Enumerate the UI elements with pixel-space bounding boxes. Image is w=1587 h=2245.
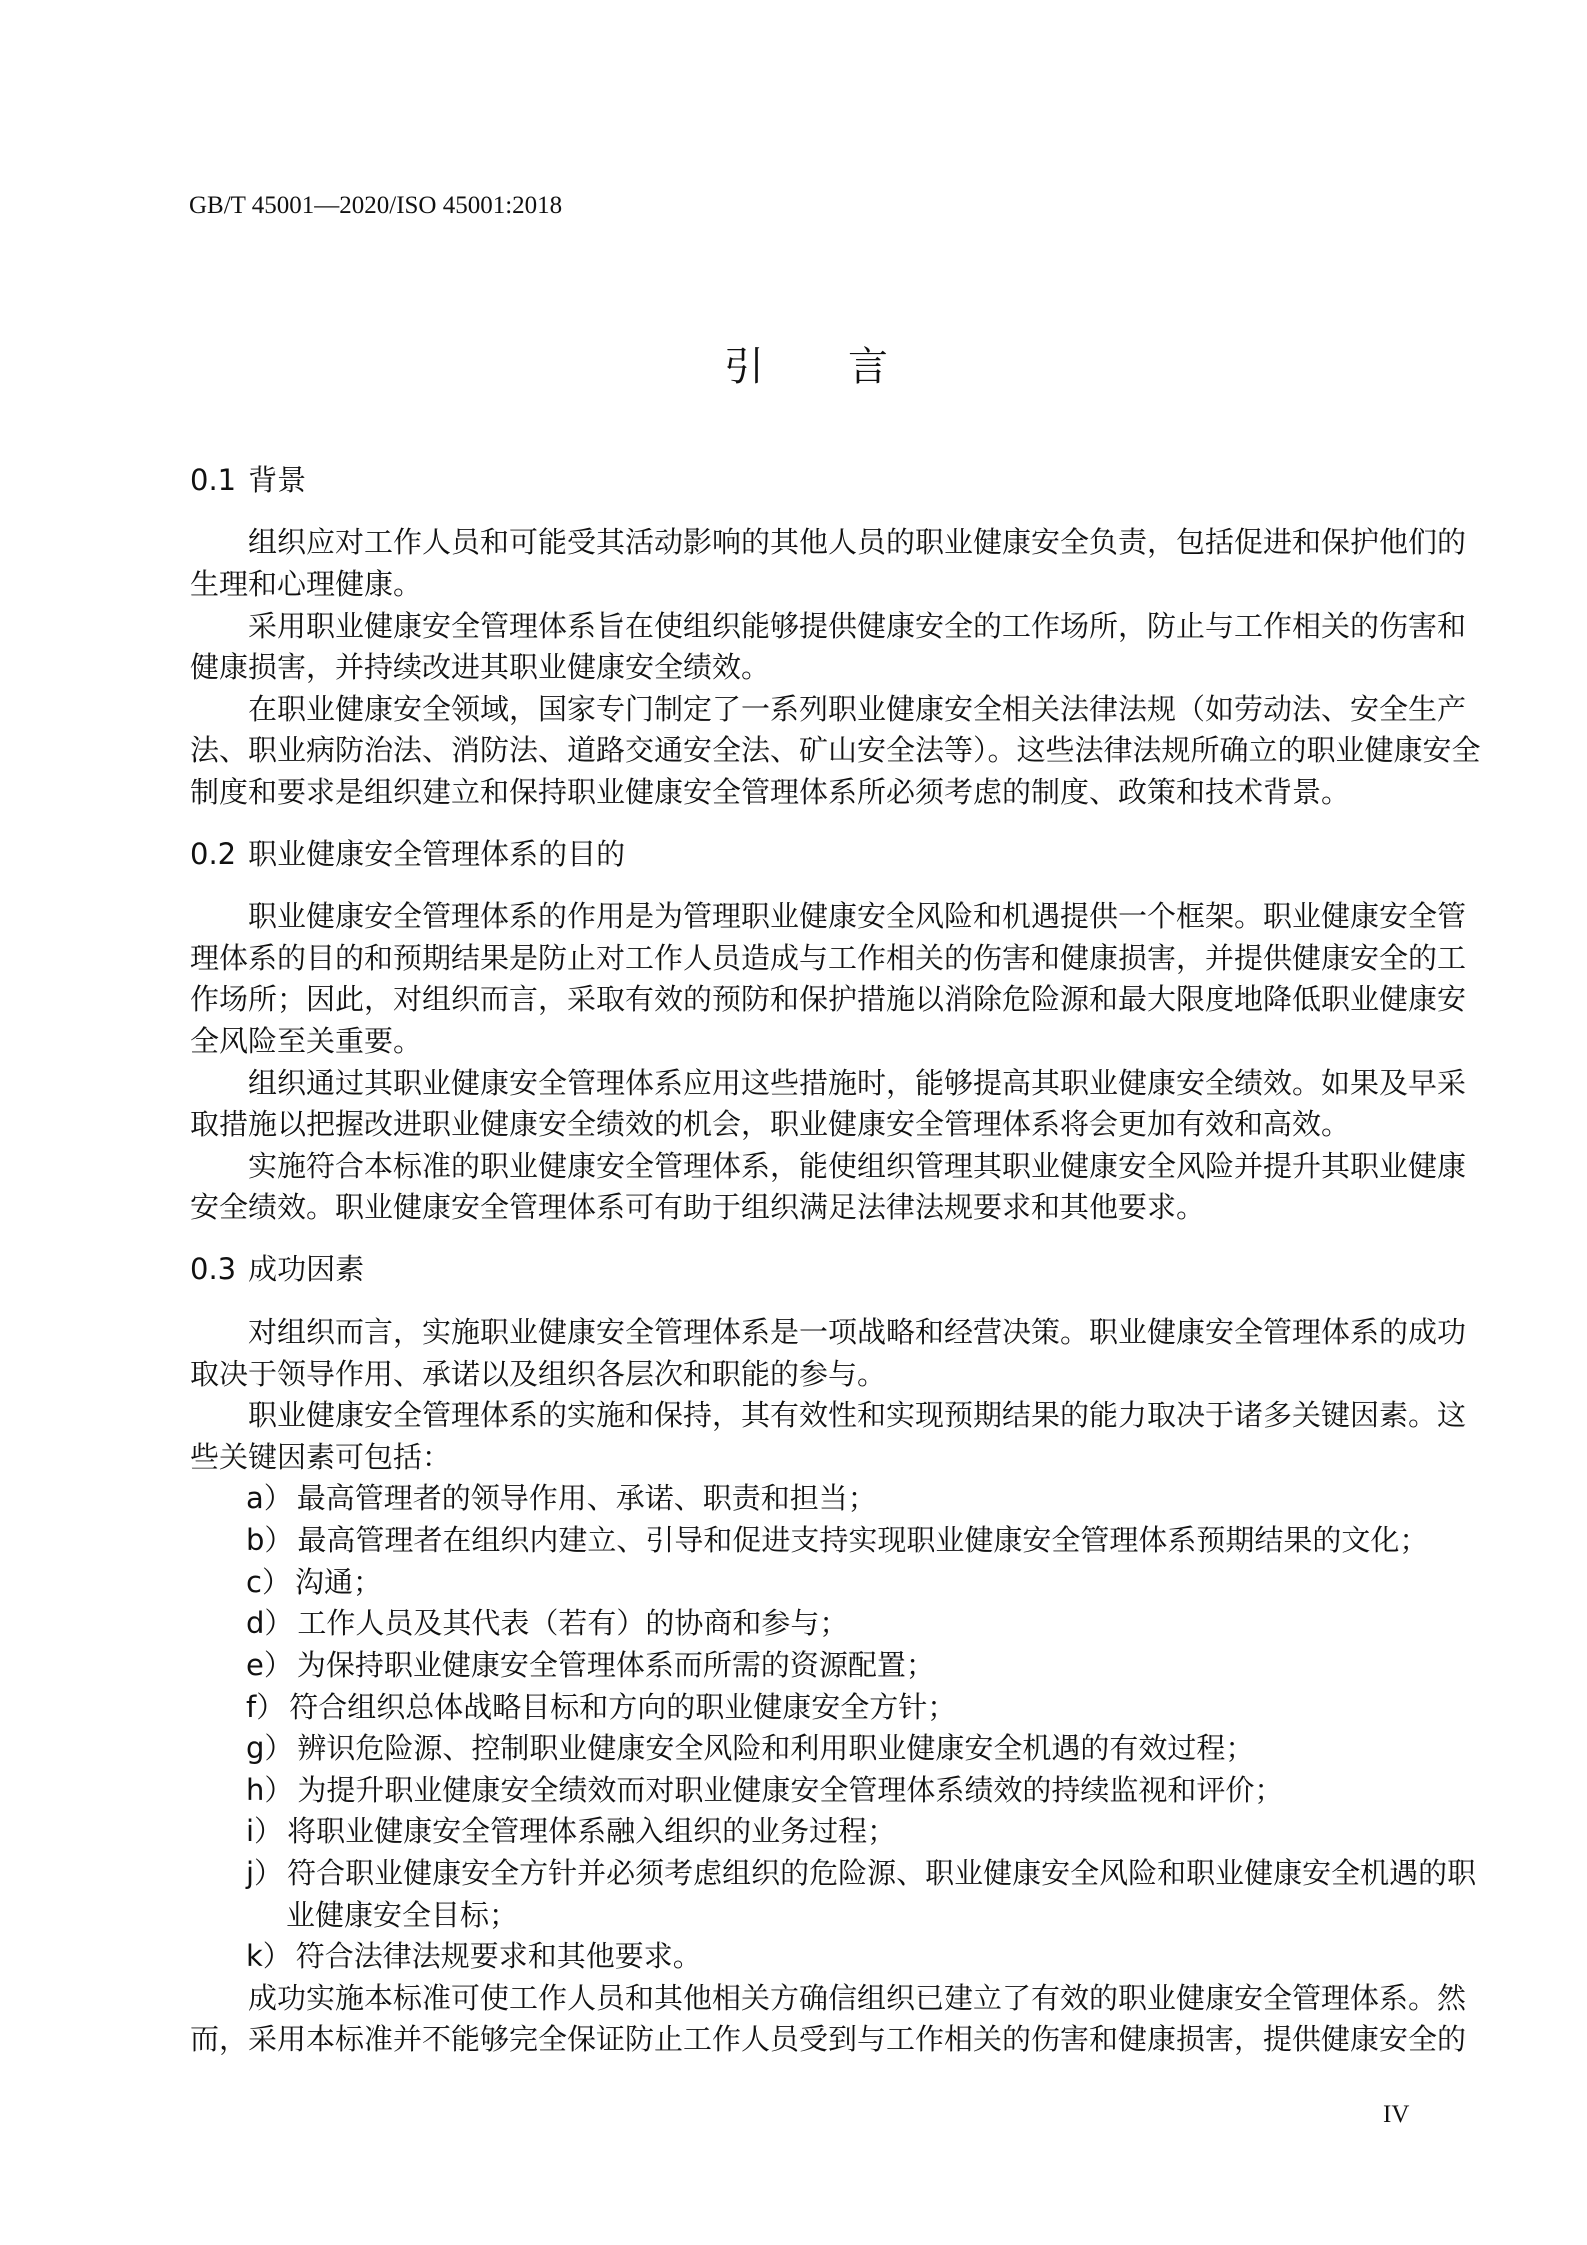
paragraph-line: 组织通过其职业健康安全管理体系应用这些措施时，能够提高其职业健康安全绩效。如果及… xyxy=(248,1065,1420,1101)
paragraph-line: 而，采用本标准并不能够完全保证防止工作人员受到与工作相关的伤害和健康损害，提供健… xyxy=(190,2021,1420,2057)
section-title: 职业健康安全管理体系的目的 xyxy=(248,837,625,871)
list-item-e: e）为保持职业健康安全管理体系而所需的资源配置； xyxy=(246,1647,1420,1683)
paragraph-line: 理体系的目的和预期结果是防止对工作人员造成与工作相关的伤害和健康损害，并提供健康… xyxy=(190,940,1420,976)
paragraph-line: 成功实施本标准可使工作人员和其他相关方确信组织已建立了有效的职业健康安全管理体系… xyxy=(248,1980,1420,2016)
list-text: 为保持职业健康安全管理体系而所需的资源配置； xyxy=(297,1648,935,1682)
paragraph-line: 作场所；因此，对组织而言，采取有效的预防和保护措施以消除危险源和最大限度地降低职… xyxy=(190,981,1420,1017)
section-number: 0.1 xyxy=(190,462,236,498)
list-item-f: f）符合组织总体战略目标和方向的职业健康安全方针； xyxy=(246,1689,1420,1725)
paragraph-line: 对组织而言，实施职业健康安全管理体系是一项战略和经营决策。职业健康安全管理体系的… xyxy=(248,1314,1420,1350)
page-title-char-1: 引 xyxy=(724,342,764,392)
paragraph-line: 在职业健康安全领域，国家专门制定了一系列职业健康安全相关法律法规（如劳动法、安全… xyxy=(248,691,1420,727)
list-item-h: h）为提升职业健康安全绩效而对职业健康安全管理体系绩效的持续监视和评价； xyxy=(246,1772,1420,1808)
list-text: 辨识危险源、控制职业健康安全风险和利用职业健康安全机遇的有效过程； xyxy=(297,1731,1254,1765)
paragraph-line: 法、职业病防治法、消防法、道路交通安全法、矿山安全法等）。这些法律法规所确立的职… xyxy=(190,732,1420,768)
list-marker: g） xyxy=(246,1730,293,1766)
section-heading-0-1: 0.1背景 xyxy=(190,462,306,498)
list-marker: d） xyxy=(246,1605,293,1641)
list-text: 沟通； xyxy=(295,1565,382,1599)
list-item-b: b）最高管理者在组织内建立、引导和促进支持实现职业健康安全管理体系预期结果的文化… xyxy=(246,1522,1420,1558)
paragraph-line: 职业健康安全管理体系的实施和保持，其有效性和实现预期结果的能力取决于诸多关键因素… xyxy=(248,1397,1420,1433)
paragraph-line: 全风险至关重要。 xyxy=(190,1023,1420,1059)
list-item-c: c）沟通； xyxy=(246,1564,1420,1600)
list-item-k: k）符合法律法规要求和其他要求。 xyxy=(246,1938,1420,1974)
paragraph-line: 制度和要求是组织建立和保持职业健康安全管理体系所必须考虑的制度、政策和技术背景。 xyxy=(190,774,1420,810)
list-text: 为提升职业健康安全绩效而对职业健康安全管理体系绩效的持续监视和评价； xyxy=(297,1773,1283,1807)
list-marker: e） xyxy=(246,1647,293,1683)
list-text: 符合法律法规要求和其他要求。 xyxy=(296,1939,702,1973)
list-item-g: g）辨识危险源、控制职业健康安全风险和利用职业健康安全机遇的有效过程； xyxy=(246,1730,1420,1766)
list-item-i: i）将职业健康安全管理体系融入组织的业务过程； xyxy=(246,1813,1420,1849)
list-text: 将职业健康安全管理体系融入组织的业务过程； xyxy=(287,1814,896,1848)
section-heading-0-3: 0.3成功因素 xyxy=(190,1251,364,1287)
list-item-d: d）工作人员及其代表（若有）的协商和参与； xyxy=(246,1605,1420,1641)
list-text: 符合组织总体战略目标和方向的职业健康安全方针； xyxy=(289,1690,956,1724)
paragraph-line: 取决于领导作用、承诺以及组织各层次和职能的参与。 xyxy=(190,1356,1420,1392)
section-number: 0.3 xyxy=(190,1251,236,1287)
list-marker: f） xyxy=(246,1689,285,1725)
page-title-char-2: 言 xyxy=(848,342,888,392)
list-text: 符合职业健康安全方针并必须考虑组织的危险源、职业健康安全风险和职业健康安全机遇的… xyxy=(287,1856,1476,1890)
list-marker: b） xyxy=(246,1522,293,1558)
list-text: 最高管理者的领导作用、承诺、职责和担当； xyxy=(297,1481,877,1515)
paragraph-line: 采用职业健康安全管理体系旨在使组织能够提供健康安全的工作场所，防止与工作相关的伤… xyxy=(248,608,1420,644)
paragraph-line: 组织应对工作人员和可能受其活动影响的其他人员的职业健康安全负责，包括促进和保护他… xyxy=(248,524,1420,560)
list-marker: h） xyxy=(246,1772,293,1808)
list-text: 最高管理者在组织内建立、引导和促进支持实现职业健康安全管理体系预期结果的文化； xyxy=(297,1523,1428,1557)
paragraph-line: 生理和心理健康。 xyxy=(190,566,1420,602)
section-title: 背景 xyxy=(248,463,306,497)
list-marker: c） xyxy=(246,1564,291,1600)
list-item-j: j）符合职业健康安全方针并必须考虑组织的危险源、职业健康安全风险和职业健康安全机… xyxy=(246,1855,1420,1891)
section-number: 0.2 xyxy=(190,836,236,872)
page-number: IV xyxy=(1383,2101,1409,2129)
list-item-a: a）最高管理者的领导作用、承诺、职责和担当； xyxy=(246,1480,1420,1516)
list-text: 工作人员及其代表（若有）的协商和参与； xyxy=(297,1606,848,1640)
paragraph-line: 实施符合本标准的职业健康安全管理体系，能使组织管理其职业健康安全风险并提升其职业… xyxy=(248,1148,1420,1184)
paragraph-line: 取措施以把握改进职业健康安全绩效的机会，职业健康安全管理体系将会更加有效和高效。 xyxy=(190,1106,1420,1142)
section-heading-0-2: 0.2职业健康安全管理体系的目的 xyxy=(190,836,625,872)
section-title: 成功因素 xyxy=(248,1252,364,1286)
paragraph-line: 健康损害，并持续改进其职业健康安全绩效。 xyxy=(190,649,1420,685)
list-marker: k） xyxy=(246,1938,292,1974)
list-marker: i） xyxy=(246,1813,283,1849)
paragraph-line: 安全绩效。职业健康安全管理体系可有助于组织满足法律法规要求和其他要求。 xyxy=(190,1189,1420,1225)
paragraph-line: 职业健康安全管理体系的作用是为管理职业健康安全风险和机遇提供一个框架。职业健康安… xyxy=(248,898,1420,934)
list-marker: a） xyxy=(246,1480,293,1516)
standard-header: GB/T 45001—2020/ISO 45001:2018 xyxy=(189,192,562,220)
paragraph-line: 些关键因素可包括： xyxy=(190,1439,1420,1475)
list-item-j-continuation: 业健康安全目标； xyxy=(286,1897,1420,1933)
list-marker: j） xyxy=(246,1855,283,1891)
document-page: GB/T 45001—2020/ISO 45001:2018 引 言 0.1背景… xyxy=(0,0,1587,2245)
